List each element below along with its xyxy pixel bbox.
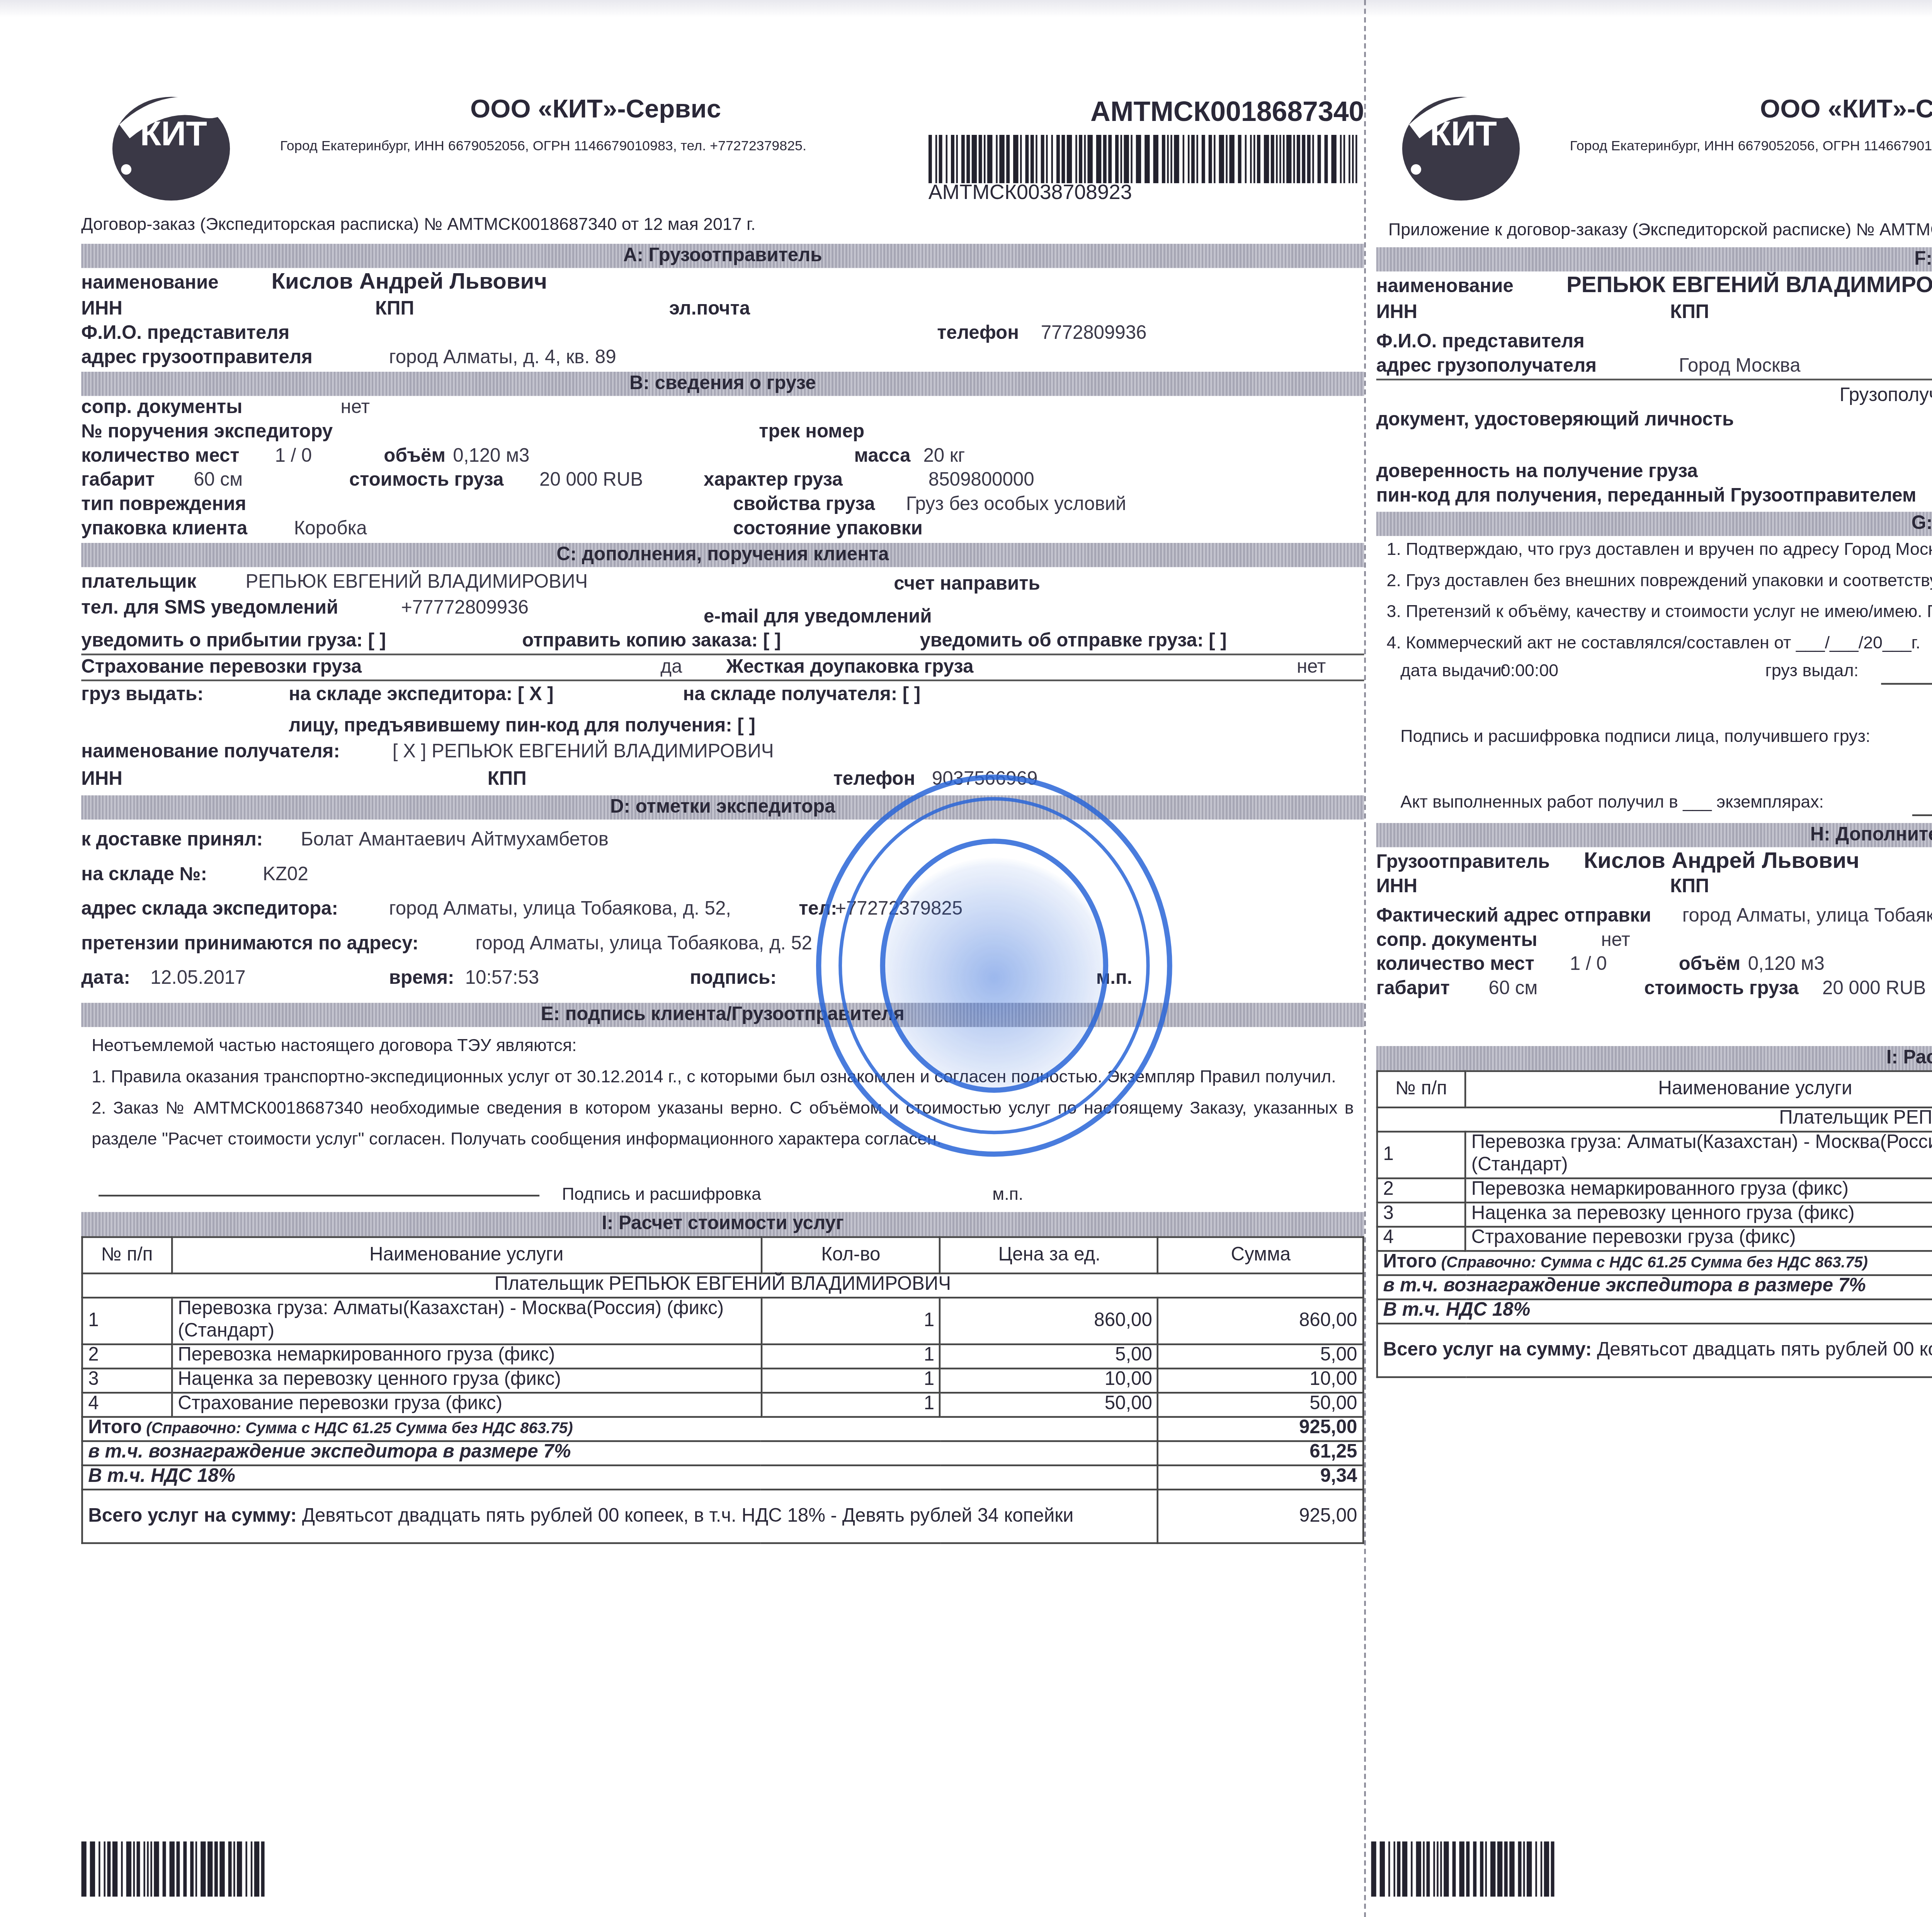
send-copy-checkbox[interactable]: отправить копию заказа: [ ]	[522, 629, 781, 654]
value: 0,120 м3	[453, 444, 529, 469]
header: КИТ ООО «КИТ»-Сервис Город Екатеринбург,…	[1371, 0, 1932, 208]
label: телефон	[937, 321, 1019, 346]
label: сопр. документы	[81, 396, 242, 420]
row-number: 4	[82, 1393, 172, 1417]
value: 20 000 RUB	[1822, 977, 1926, 1001]
value: 20 000 RUB	[539, 469, 643, 493]
services-table: № п/пНаименование услугиКол-воЦена за ед…	[81, 1236, 1364, 1544]
recipient-name: [ X ] РЕПЬЮК ЕВГЕНИЙ ВЛАДИМИРОВИЧ	[393, 740, 774, 764]
section-g-header: G: Акт выдачи груза	[1376, 512, 1932, 536]
label: м.п.	[992, 1184, 1023, 1209]
label: на складе №:	[81, 863, 207, 887]
summary-label: В т.ч. НДС 18%	[82, 1465, 1158, 1490]
label: м.п.	[1096, 966, 1133, 991]
signature-line	[99, 1195, 539, 1196]
service-name: Перевозка груза: Алматы(Казахстан) - Мос…	[1465, 1132, 1932, 1179]
table-row: 1Перевозка груза: Алматы(Казахстан) - Мо…	[1377, 1132, 1932, 1179]
label: адрес грузоотправителя	[81, 346, 313, 370]
signature-line	[1881, 683, 1932, 684]
label: КПП	[375, 298, 414, 322]
summary-label: в т.ч. вознаграждение экспедитора в разм…	[1377, 1275, 1932, 1300]
table-header-row: № п/пНаименование услугиКол-воЦена за ед…	[1377, 1071, 1932, 1107]
whale-logo-icon: КИТ	[99, 69, 254, 208]
column-header: № п/п	[82, 1237, 172, 1274]
svg-text:КИТ: КИТ	[1430, 114, 1497, 153]
act-item-4: 4. Коммерческий акт не составлялся/соста…	[1376, 629, 1932, 661]
order-number: АМТМСК0018687340	[1049, 99, 1364, 130]
label: наименование	[1376, 275, 1514, 299]
label: плательщик	[81, 571, 196, 595]
notify-arrival-checkbox[interactable]: уведомить о прибытии груза: [ ]	[81, 629, 386, 654]
unit-price: 860,00	[940, 1298, 1158, 1344]
label: тип повреждения	[81, 493, 246, 517]
label: адрес грузополучателя	[1376, 354, 1597, 379]
value: 8509800000	[929, 469, 1034, 493]
company-name: ООО «КИТ»-Сервис	[1760, 95, 1932, 124]
section-d-header: D: отметки экспедитора	[81, 795, 1364, 820]
column-header: Наименование услуги	[1465, 1071, 1932, 1107]
summary-value: 925,00	[1158, 1490, 1364, 1543]
company-requisites: Город Екатеринбург, ИНН 6679052056, ОГРН…	[280, 138, 806, 154]
summary-label: в т.ч. вознаграждение экспедитора в разм…	[82, 1441, 1158, 1465]
value: 1 / 0	[1570, 953, 1607, 977]
value: 0,120 м3	[1748, 953, 1825, 977]
value: 60 см	[194, 469, 243, 493]
section-f-header: F: Грузополучатель	[1376, 247, 1932, 272]
label: подпись:	[690, 966, 776, 991]
column-header: Кол-во	[761, 1237, 940, 1274]
label: свойства груза	[733, 493, 875, 517]
payer-row: Плательщик РЕПЬЮК ЕВГЕНИЙ ВЛАДИМИРОВИЧ	[82, 1273, 1364, 1298]
sender-phone: 7772809936	[1041, 321, 1147, 346]
table-header-row: № п/пНаименование услугиКол-воЦена за ед…	[82, 1237, 1364, 1274]
barcode-icon	[1371, 1841, 1561, 1897]
service-name: Перевозка груза: Алматы(Казахстан) - Мос…	[172, 1298, 761, 1344]
label: упаковка клиента	[81, 517, 247, 541]
label: счет направить	[894, 572, 1040, 597]
label: претензии принимаются по адресу:	[81, 932, 418, 956]
value: Болат Амантаевич Айтмухамбетов	[301, 828, 609, 852]
value: да	[660, 655, 682, 680]
document-title: Договор-заказ (Экспедиторская расписка) …	[81, 216, 755, 235]
label: Ф.И.О. представителя	[81, 321, 289, 346]
service-name: Наценка за перевозку ценного груза (фикс…	[1465, 1203, 1932, 1227]
label: Подпись и расшифровка подписи лица, полу…	[1400, 726, 1870, 750]
summary-value: 925,00	[1158, 1417, 1364, 1441]
signature-line	[1912, 814, 1932, 816]
label: Страхование перевозки груза	[81, 655, 362, 680]
svg-text:КИТ: КИТ	[140, 114, 207, 153]
quantity: 1	[761, 1298, 940, 1344]
label: сопр. документы	[1376, 929, 1537, 953]
notify-dispatch-checkbox[interactable]: уведомить об отправке груза: [ ]	[920, 629, 1226, 654]
value: +77772809936	[401, 597, 529, 621]
unit-price: 5,00	[940, 1344, 1158, 1369]
section-c-header: С: дополнения, поручения клиента	[81, 543, 1364, 567]
vat-row: В т.ч. НДС 18%9,34	[1377, 1300, 1932, 1324]
table-row: 4Страхование перевозки груза (фикс)150,0…	[1377, 1227, 1932, 1251]
payer-cell: Плательщик РЕПЬЮК ЕВГЕНИЙ ВЛАДИМИРОВИЧ	[82, 1273, 1364, 1298]
act-item-2: 2. Груз доставлен без внешних повреждени…	[1376, 567, 1932, 599]
service-name: Страхование перевозки груза (фикс)	[1465, 1227, 1932, 1251]
at-forwarder-checkbox[interactable]: на складе экспедитора: [ X ]	[289, 683, 554, 707]
label: Акт выполненных работ получил в ___ экзе…	[1400, 792, 1824, 816]
company-requisites: Город Екатеринбург, ИНН 6679052056, ОГРН…	[1570, 138, 1932, 154]
value: город Алматы, улица Тобаякова, д. 52	[475, 932, 812, 956]
summary-value: 61,25	[1158, 1441, 1364, 1465]
payer-cell: Плательщик РЕПЬЮК ЕВГЕНИЙ ВЛАДИМИРОВИЧ	[1377, 1107, 1932, 1132]
services-table: № п/пНаименование услугиКол-воЦена за ед…	[1376, 1070, 1932, 1378]
row-number: 2	[1377, 1178, 1465, 1203]
amount-in-words-row: Всего услуг на сумму: Девятьсот двадцать…	[1377, 1323, 1932, 1377]
section-b-header: В: сведения о грузе	[81, 372, 1364, 396]
amount-in-words-row: Всего услуг на сумму: Девятьсот двадцать…	[82, 1490, 1364, 1543]
label: трек номер	[759, 420, 864, 444]
value: +77272379825	[835, 897, 963, 922]
page-divider	[1364, 0, 1366, 1917]
row-number: 3	[82, 1369, 172, 1393]
line-sum: 5,00	[1158, 1344, 1364, 1369]
summary-label: Итого (Справочно: Сумма с НДС 61.25 Сумм…	[1377, 1251, 1932, 1275]
column-header: Наименование услуги	[172, 1237, 761, 1274]
label: КПП	[488, 768, 527, 792]
value: 1 / 0	[275, 444, 312, 469]
label: № поручения экспедитору	[81, 420, 333, 444]
column-header: № п/п	[1377, 1071, 1465, 1107]
label: Фактический адрес отправки	[1376, 904, 1651, 929]
label: Подпись и расшифровка	[562, 1184, 761, 1209]
document-title: Приложение к договор-заказу (Экспедиторс…	[1388, 221, 1932, 240]
label: масса	[854, 444, 910, 469]
label: тел:	[799, 897, 837, 922]
table-row: 3Наценка за перевозку ценного груза (фик…	[82, 1369, 1364, 1393]
column-header: Цена за ед.	[940, 1237, 1158, 1274]
terms-intro: Неотъемлемой частью настоящего договора …	[81, 1032, 1364, 1063]
label: дата выдачи:	[1400, 660, 1506, 685]
total-row: Итого (Справочно: Сумма с НДС 61.25 Сумм…	[82, 1417, 1364, 1441]
value: город Алматы, улица Тобаякова, д. 52,	[389, 897, 731, 922]
sender-address: город Алматы, д. 4, кв. 89	[389, 346, 616, 370]
label: к доставке принял:	[81, 828, 263, 852]
quantity: 1	[761, 1369, 940, 1393]
column-header: Сумма	[1158, 1237, 1364, 1274]
calc-header: I: Расчет стоимости услуг	[81, 1212, 1364, 1237]
line-sum: 860,00	[1158, 1298, 1364, 1344]
label: габарит	[81, 469, 155, 493]
label: эл.почта	[669, 298, 750, 322]
label: документ, удостоверяющий личность	[1376, 408, 1734, 432]
value: 9037566969	[932, 768, 1038, 792]
label: объём	[384, 444, 446, 469]
receiver-address: Город Москва	[1679, 354, 1801, 379]
section-h-header: H: Дополнительная информация о заказе	[1376, 823, 1932, 847]
value: нет	[1297, 655, 1326, 680]
value: 12.05.2017	[150, 966, 245, 991]
label: габарит	[1376, 977, 1450, 1001]
amount-in-words: Всего услуг на сумму: Девятьсот двадцать…	[1377, 1323, 1932, 1377]
fee-row: в т.ч. вознаграждение экспедитора в разм…	[82, 1441, 1364, 1465]
label: количество мест	[1376, 953, 1534, 977]
label: стоимость груза	[1644, 977, 1799, 1001]
label: груз выдал:	[1765, 660, 1859, 685]
label: наименование	[81, 271, 218, 296]
label: дата:	[81, 966, 130, 991]
summary-label: В т.ч. НДС 18%	[1377, 1300, 1932, 1324]
summary-label: Итого (Справочно: Сумма с НДС 61.25 Сумм…	[82, 1417, 1158, 1441]
payer-name: РЕПЬЮК ЕВГЕНИЙ ВЛАДИМИРОВИЧ	[245, 571, 588, 595]
value: Груз без особых условий	[906, 493, 1126, 517]
label: доверенность на получение груза	[1376, 460, 1698, 484]
value: Коробка	[294, 517, 367, 541]
label: Грузоотправитель	[1376, 850, 1550, 875]
receiver-name: РЕПЬЮК ЕВГЕНИЙ ВЛАДИМИРОВИЧ	[1566, 273, 1932, 298]
label: телефон	[833, 768, 915, 792]
total-row: Итого (Справочно: Сумма с НДС 61.25 Сумм…	[1377, 1251, 1932, 1275]
label: стоимость груза	[349, 469, 504, 493]
row-number: 3	[1377, 1203, 1465, 1227]
label: объём	[1679, 953, 1741, 977]
unit-price: 50,00	[940, 1393, 1158, 1417]
table-row: 2Перевозка немаркированного груза (фикс)…	[1377, 1178, 1932, 1203]
label: состояние упаковки	[733, 517, 923, 541]
value: город Алматы, улица Тобаякова, д. 52	[1682, 904, 1932, 929]
unit-price: 10,00	[940, 1369, 1158, 1393]
amount-in-words: Всего услуг на сумму: Девятьсот двадцать…	[82, 1490, 1158, 1543]
label: пин-код для получения, переданный Грузоо…	[1376, 484, 1917, 509]
row-number: 1	[82, 1298, 172, 1344]
barcode-number: АМТМСК0038708923	[929, 180, 1132, 204]
barcode-icon	[929, 135, 1361, 183]
sender-name: Кислов Андрей Львович	[1584, 849, 1860, 873]
whale-logo-icon: КИТ	[1388, 69, 1544, 208]
calc-header: I: Расчет стоимости услуг	[1376, 1046, 1932, 1070]
vat-row: В т.ч. НДС 18%9,34	[82, 1465, 1364, 1490]
label: ИНН	[81, 768, 122, 792]
fee-row: в т.ч. вознаграждение экспедитора в разм…	[1377, 1275, 1932, 1300]
service-name: Наценка за перевозку ценного груза (фикс…	[172, 1369, 761, 1393]
label: адрес склада экспедитора:	[81, 897, 338, 922]
label: e-mail для уведомлений	[704, 605, 932, 629]
contract-page: КИТ ООО «КИТ»-Сервис Город Екатеринбург,…	[81, 0, 1364, 1917]
label: время:	[389, 966, 454, 991]
table-row: 2Перевозка немаркированного груза (фикс)…	[82, 1344, 1364, 1369]
service-name: Перевозка немаркированного груза (фикс)	[1465, 1178, 1932, 1203]
act-item-1: 1. Подтверждаю, что груз доставлен и вру…	[1376, 536, 1932, 567]
appendix-page: КИТ ООО «КИТ»-Сервис Город Екатеринбург,…	[1371, 0, 1932, 1917]
terms-item-2: 2. Заказ № АМТМСК0018687340 необходимые …	[81, 1094, 1364, 1157]
label: тел. для SMS уведомлений	[81, 597, 338, 621]
sender-name: Кислов Андрей Львович	[271, 270, 547, 294]
section-e-header: Е: подпись клиента/Грузоотправителя	[81, 1003, 1364, 1027]
label: ИНН	[1376, 301, 1417, 325]
row-number: 1	[1377, 1132, 1465, 1179]
label: количество мест	[81, 444, 239, 469]
terms-item-1: 1. Правила оказания транспортно-экспедиц…	[81, 1063, 1364, 1095]
table-row: 3Наценка за перевозку ценного груза (фик…	[1377, 1203, 1932, 1227]
summary-value: 9,34	[1158, 1465, 1364, 1490]
value: нет	[1601, 929, 1630, 953]
label: ИНН	[81, 298, 122, 322]
label: Жесткая доупаковка груза	[726, 655, 973, 680]
label: характер груза	[704, 469, 843, 493]
value: 60 см	[1489, 977, 1538, 1001]
company-name: ООО «КИТ»-Сервис	[470, 95, 721, 124]
label: ИНН	[1376, 875, 1417, 899]
table-row: 4Страхование перевозки груза (фикс)150,0…	[82, 1393, 1364, 1417]
by-pin-checkbox[interactable]: лицу, предъявившему пин-код для получени…	[289, 714, 755, 738]
header: КИТ ООО «КИТ»-Сервис Город Екатеринбург,…	[81, 0, 1364, 208]
value: KZ02	[263, 863, 308, 887]
scanned-document: КИТ ООО «КИТ»-Сервис Город Екатеринбург,…	[0, 0, 1932, 1917]
quantity: 1	[761, 1393, 940, 1417]
quantity: 1	[761, 1344, 940, 1369]
service-name: Перевозка немаркированного груза (фикс)	[172, 1344, 761, 1369]
label: груз выдать:	[81, 683, 204, 707]
value: 20 кг	[923, 444, 965, 469]
payer-row: Плательщик РЕПЬЮК ЕВГЕНИЙ ВЛАДИМИРОВИЧ	[1377, 1107, 1932, 1132]
label: Грузополучателем предъявлено:	[1840, 384, 1932, 408]
row-number: 4	[1377, 1227, 1465, 1251]
line-sum: 50,00	[1158, 1393, 1364, 1417]
value: 10:57:53	[465, 966, 539, 991]
value: 0:00:00	[1501, 660, 1558, 685]
at-receiver-checkbox[interactable]: на складе получателя: [ ]	[683, 683, 920, 707]
line-sum: 10,00	[1158, 1369, 1364, 1393]
section-a-header: А: Грузоотправитель	[81, 244, 1364, 268]
service-name: Страхование перевозки груза (фикс)	[172, 1393, 761, 1417]
barcode-icon	[81, 1841, 271, 1897]
label: КПП	[1670, 875, 1709, 899]
act-item-3: 3. Претензий к объёму, качеству и стоимо…	[1376, 598, 1932, 629]
label: КПП	[1670, 301, 1709, 325]
label: наименование получателя:	[81, 740, 340, 764]
table-row: 1Перевозка груза: Алматы(Казахстан) - Мо…	[82, 1298, 1364, 1344]
value: нет	[340, 396, 370, 420]
row-number: 2	[82, 1344, 172, 1369]
label: Ф.И.О. представителя	[1376, 330, 1585, 355]
